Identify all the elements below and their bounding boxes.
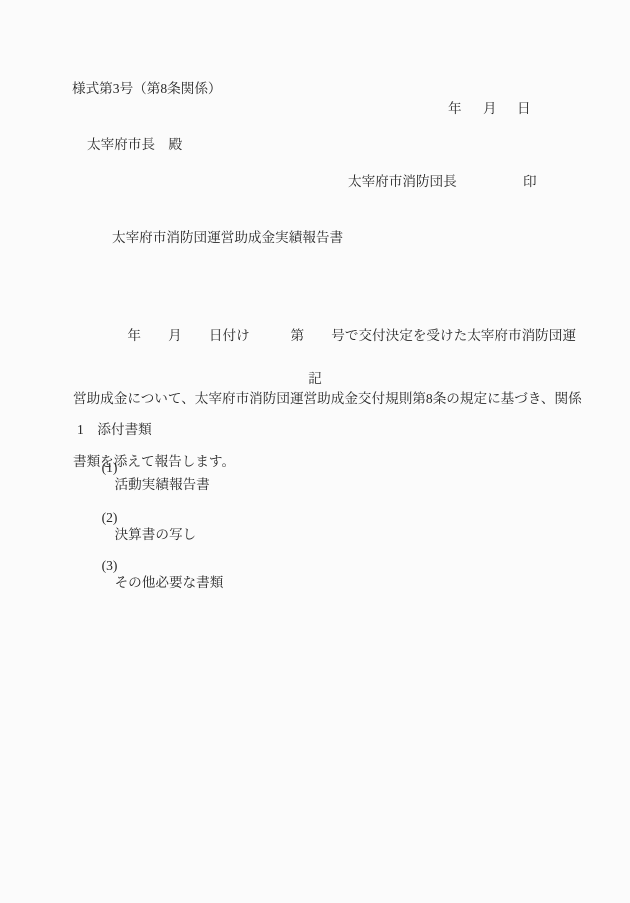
attachments-heading: 1 添付書類: [77, 422, 152, 438]
addressee-line: 太宰府市長 殿: [87, 137, 182, 153]
document-title: 太宰府市消防団運営助成金実績報告書: [112, 230, 343, 246]
attachment-item-3-number: (3): [102, 558, 121, 574]
date-year-label: 年: [448, 101, 462, 117]
attachment-item-3: (3) その他必要な書類: [88, 542, 223, 607]
attachment-item-2-number: (2): [102, 510, 121, 526]
date-day-label: 日: [517, 101, 531, 117]
body-line-1: 年 月 日付け 第 号で交付決定を受けた太宰府市消防団運: [73, 325, 583, 346]
attachment-item-2-label: 決算書の写し: [115, 527, 197, 542]
form-number: 様式第3号（第8条関係）: [72, 81, 222, 97]
attachment-item-3-label: その他必要な書類: [115, 575, 224, 590]
document-page: 様式第3号（第8条関係） 年 月 日 太宰府市長 殿 太宰府市消防団長 印 太宰…: [0, 0, 630, 903]
attachment-item-1-number: (1): [102, 460, 121, 476]
attachment-item-1-label: 活動実績報告書: [115, 477, 210, 492]
date-month-label: 月: [483, 101, 497, 117]
body-line-2: 営助成金について、太宰府市消防団運営助成金交付規則第8条の規定に基づき、関係: [73, 388, 583, 409]
sender-title: 太宰府市消防団長: [348, 174, 457, 190]
note-marker: 記: [0, 371, 630, 387]
seal-placeholder: 印: [523, 174, 537, 190]
